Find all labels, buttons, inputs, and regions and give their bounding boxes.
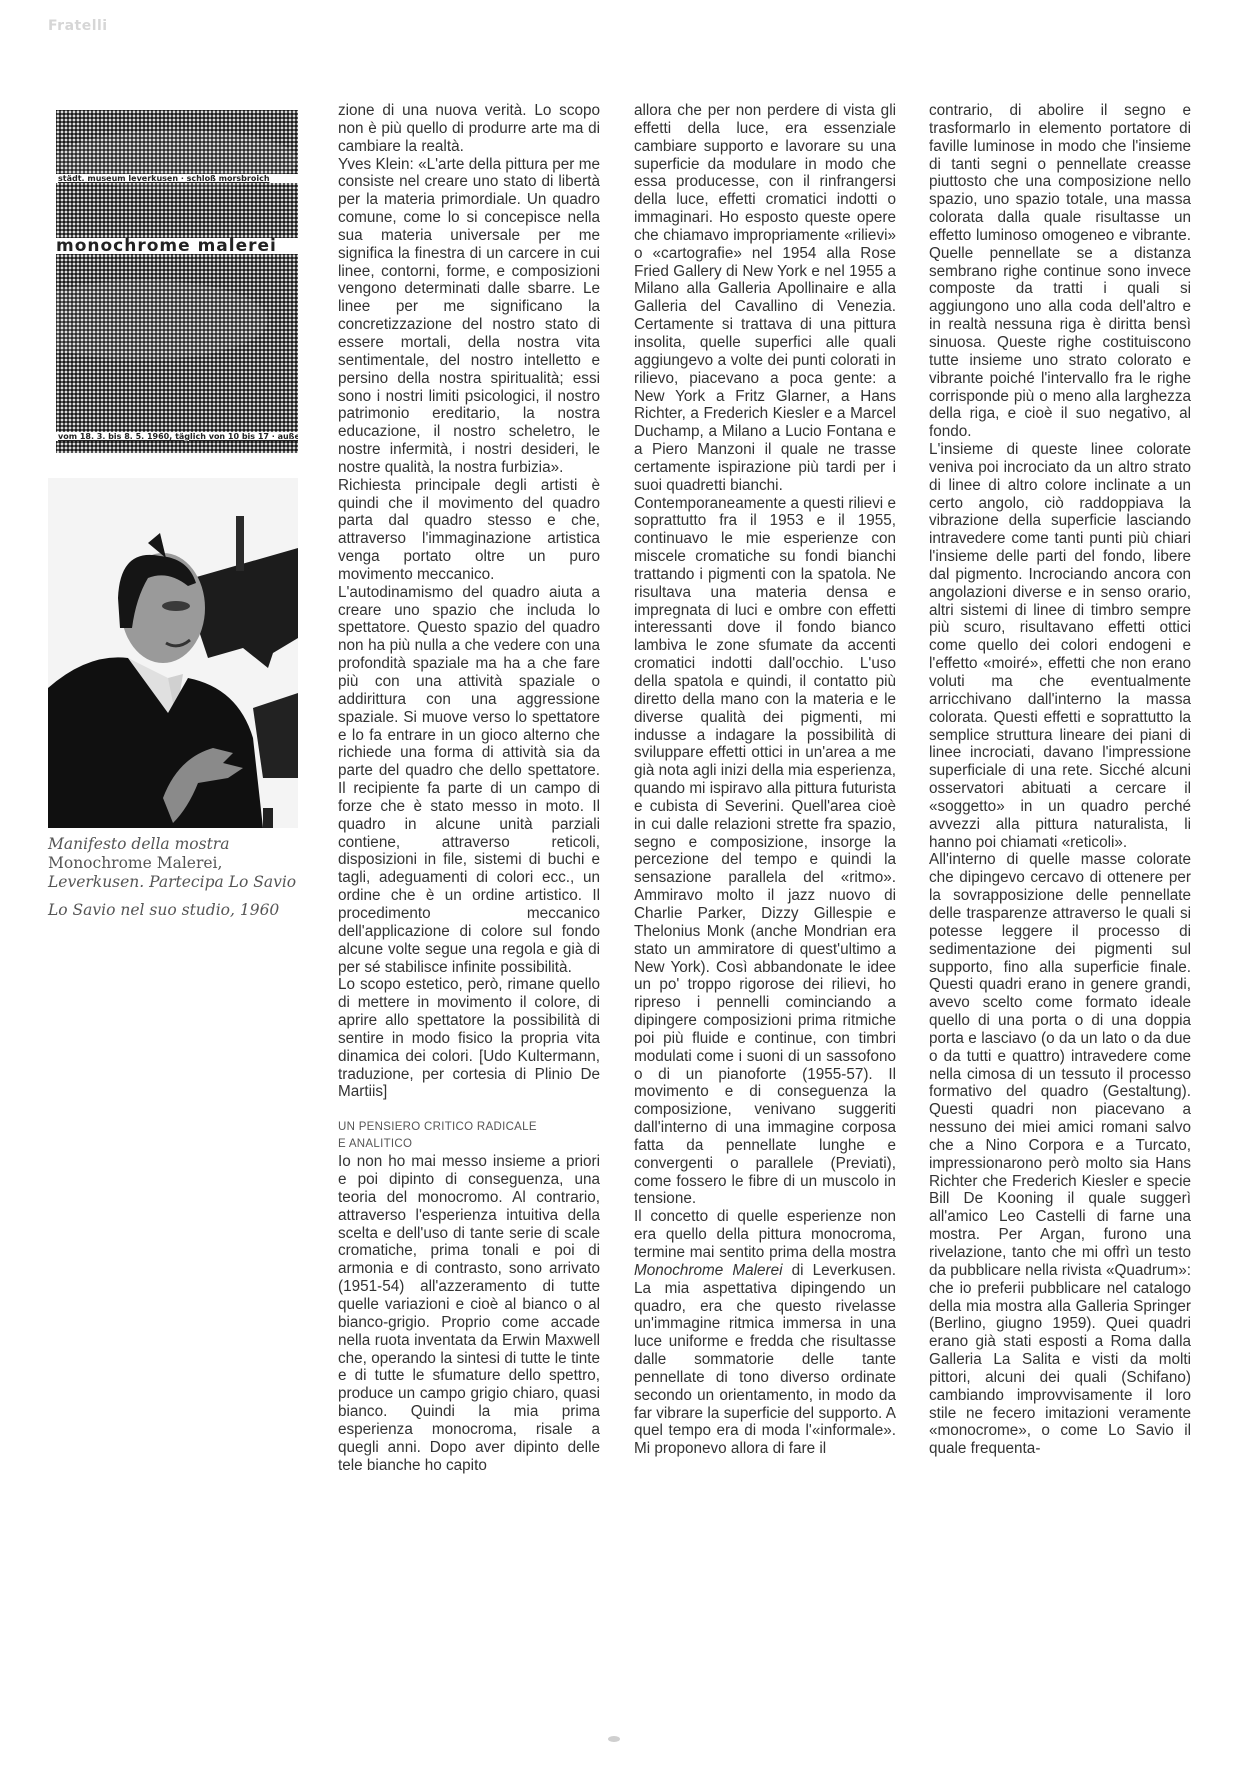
artist-photo-illustration bbox=[48, 478, 298, 828]
paragraph: All'interno di quelle masse colorate che… bbox=[929, 851, 1191, 1458]
caption-poster-line2: Monochrome Malerei, bbox=[48, 854, 308, 873]
page-mark bbox=[608, 1736, 620, 1742]
section-heading: UN PENSIERO CRITICO RADICALE E ANALITICO bbox=[338, 1119, 600, 1153]
caption-poster-line3: Leverkusen. Partecipa Lo Savio bbox=[48, 873, 308, 892]
paragraph: Lo scopo estetico, però, rimane quello d… bbox=[338, 976, 600, 1101]
paragraph: zione di una nuova verità. Lo scopo non … bbox=[338, 102, 600, 156]
paragraph: L'insieme di queste linee colorate veniv… bbox=[929, 441, 1191, 851]
paragraph: allora che per non perdere di vista gli … bbox=[634, 102, 896, 495]
poster-museum-band: städt. museum leverkusen · schloß morsbr… bbox=[56, 174, 298, 183]
paragraph-yves-klein-quote: Yves Klein: «L'arte della pittura per me… bbox=[338, 156, 600, 477]
paragraph: L'autodinamismo del quadro aiuta a crear… bbox=[338, 584, 600, 977]
section-heading-line2: E ANALITICO bbox=[338, 1136, 600, 1153]
exhibition-poster-image: städt. museum leverkusen · schloß morsbr… bbox=[56, 110, 298, 453]
text-run: Il concetto di quelle esperienze non era… bbox=[634, 1208, 896, 1261]
running-head: Fratelli bbox=[48, 18, 108, 34]
image-captions: Manifesto della mostra Monochrome Malere… bbox=[48, 835, 308, 920]
artist-studio-photo bbox=[48, 478, 298, 828]
poster-texture bbox=[56, 280, 268, 360]
text-column-3: contrario, di abolire il segno e trasfor… bbox=[929, 102, 1191, 1458]
paragraph: Contemporaneamente a questi rilievi e so… bbox=[634, 495, 896, 1209]
paragraph: Richiesta principale degli artisti è qui… bbox=[338, 477, 600, 584]
text-column-2: allora che per non perdere di vista gli … bbox=[634, 102, 896, 1458]
paragraph: contrario, di abolire il segno e trasfor… bbox=[929, 102, 1191, 441]
poster-title: monochrome malerei bbox=[56, 238, 298, 254]
poster-dates-band: vom 18. 3. bis 8. 5. 1960, täglich von 1… bbox=[56, 432, 298, 441]
section-heading-line1: UN PENSIERO CRITICO RADICALE bbox=[338, 1119, 600, 1136]
text-column-1: zione di una nuova verità. Lo scopo non … bbox=[338, 102, 600, 1474]
exhibition-title-italic: Monochrome Malerei bbox=[634, 1262, 783, 1279]
paragraph: Il concetto di quelle esperienze non era… bbox=[634, 1208, 896, 1458]
text-run: di Leverkusen. La mia aspettativa diping… bbox=[634, 1262, 896, 1457]
caption-poster-line1: Manifesto della mostra bbox=[48, 835, 308, 854]
paragraph: Io non ho mai messo insieme a priori e p… bbox=[338, 1153, 600, 1474]
caption-photo: Lo Savio nel suo studio, 1960 bbox=[48, 901, 308, 920]
